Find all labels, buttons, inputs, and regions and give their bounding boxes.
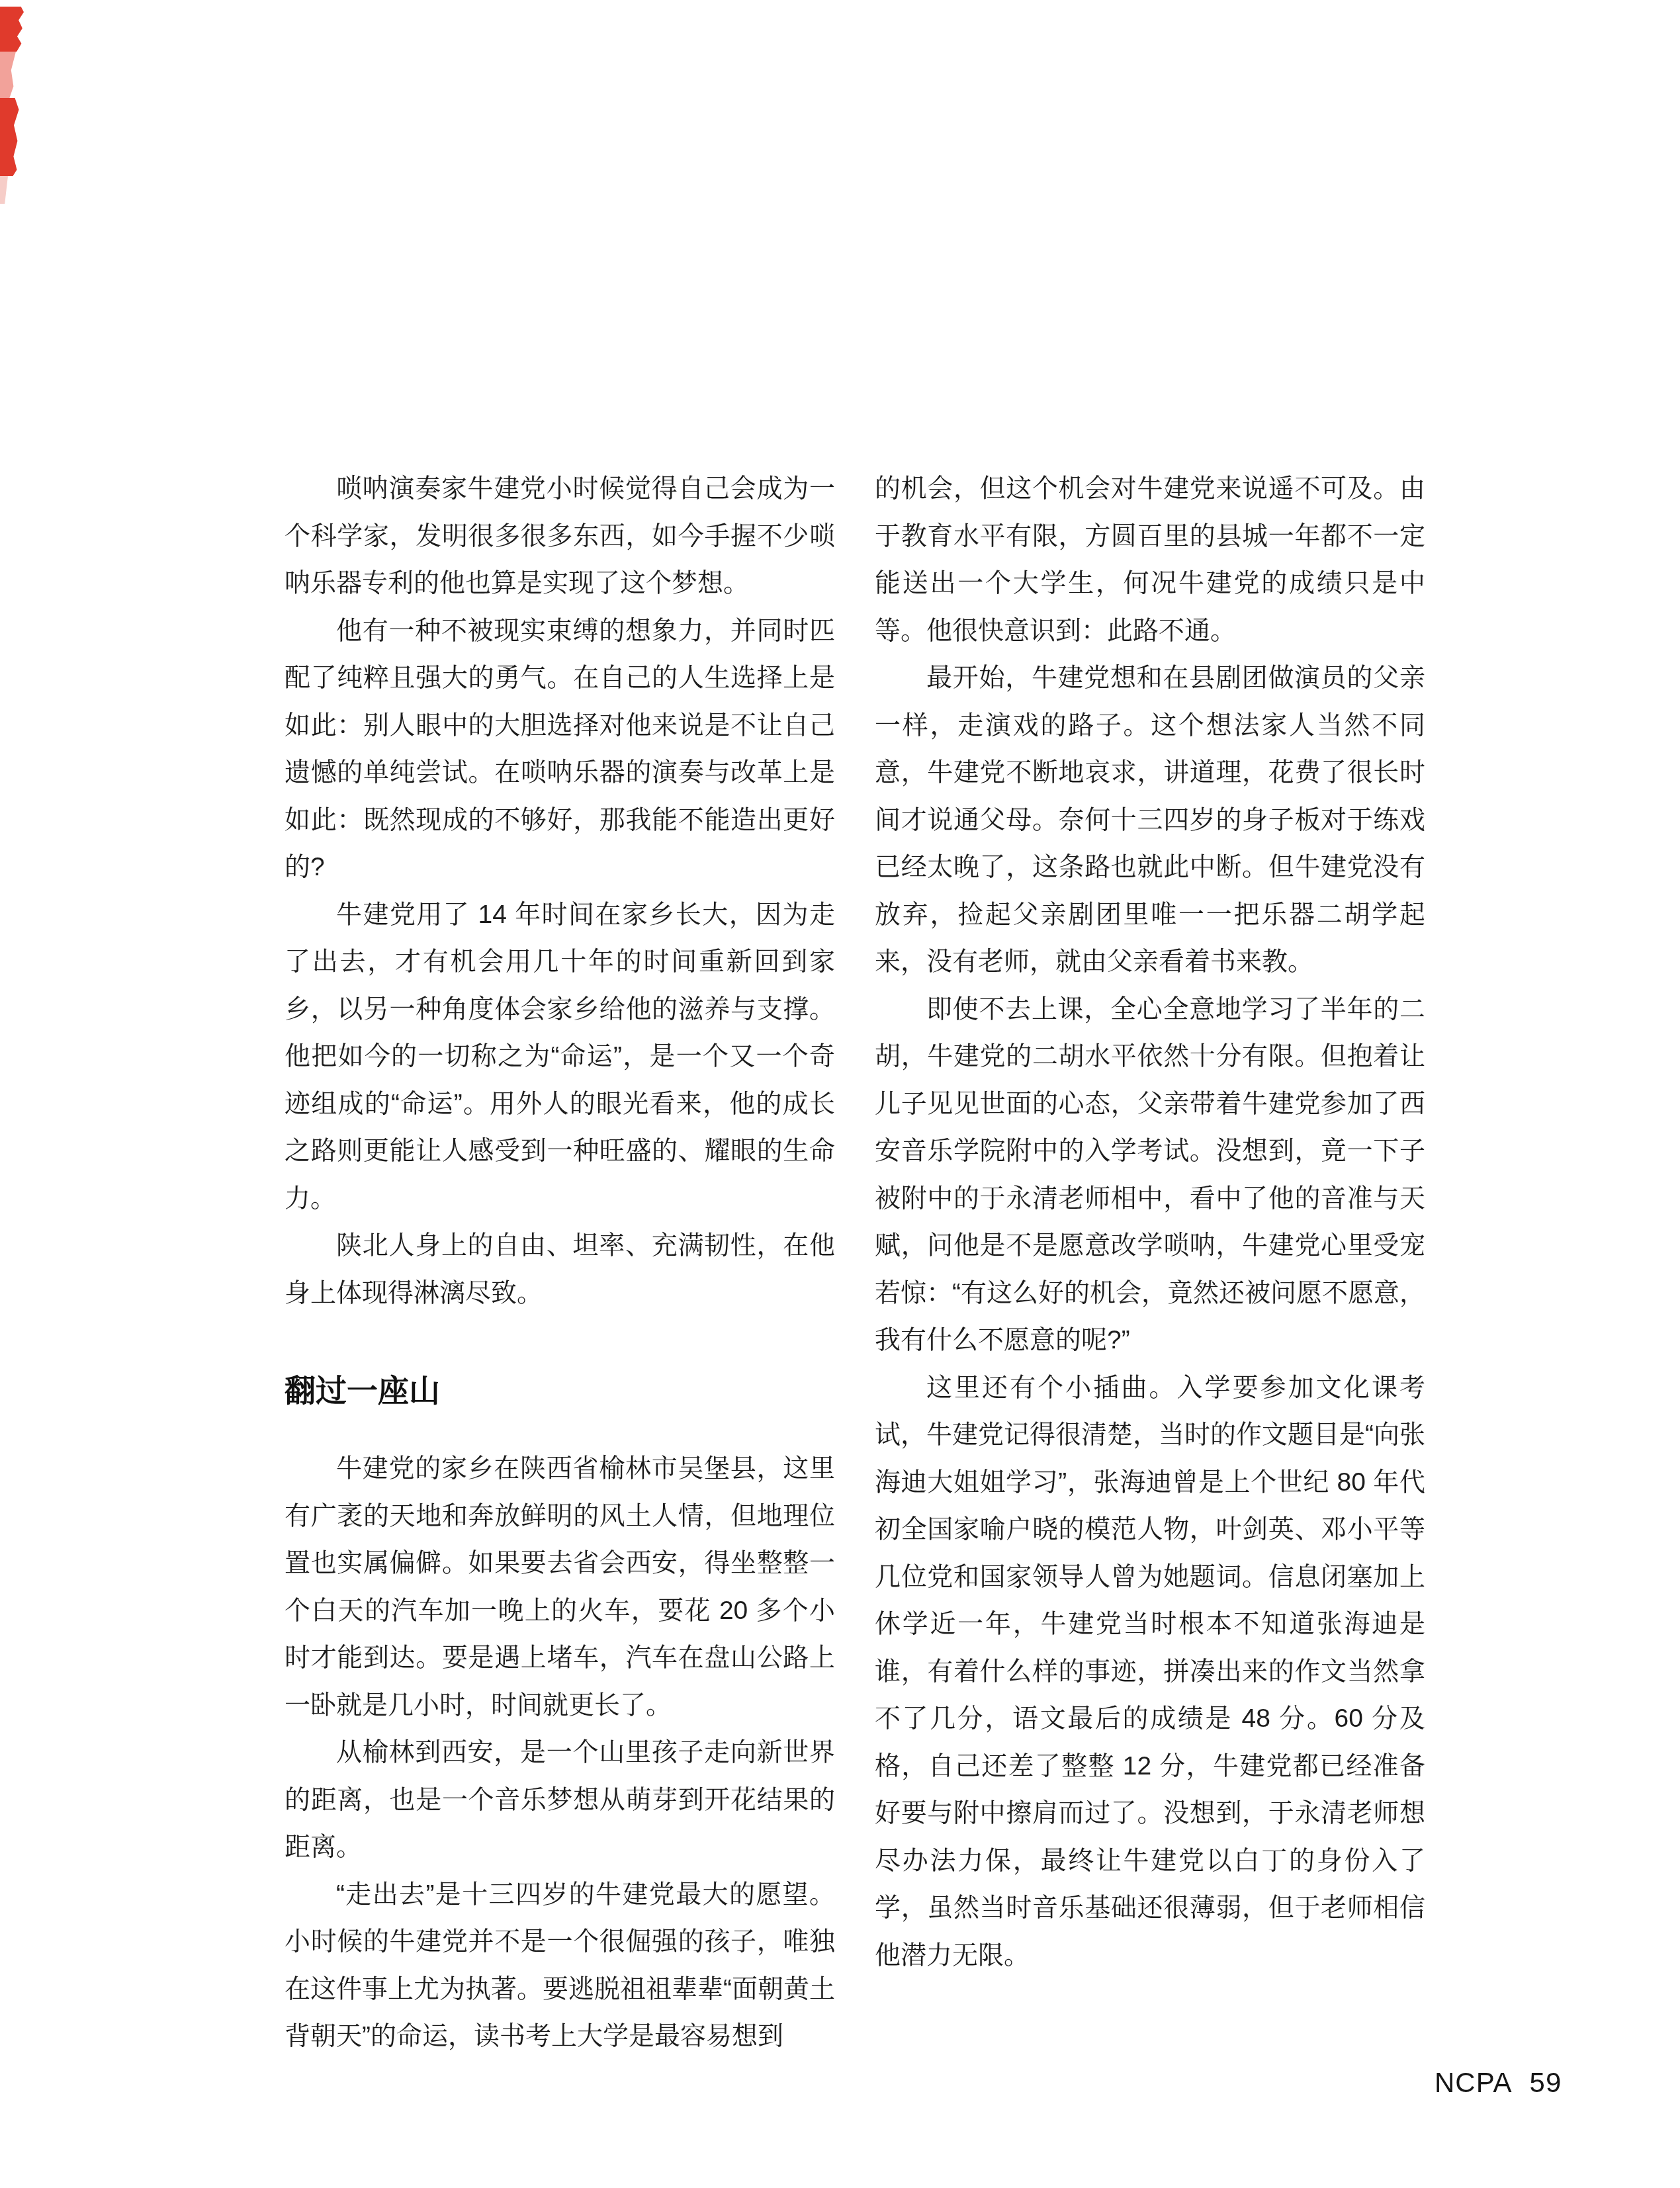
magazine-page: 唢呐演奏家牛建党小时候觉得自己会成为一个科学家，发明很多很多东西，如今手握不少唢… [0, 0, 1680, 2188]
journal-label: NCPA [1435, 2067, 1513, 2098]
page-edge-red-mark [0, 98, 20, 176]
paragraph: 从榆林到西安，是一个山里孩子走向新世界的距离，也是一个音乐梦想从萌芽到开花结果的… [285, 1729, 835, 1871]
paragraph: 陕北人身上的自由、坦率、充满韧性，在他身上体现得淋漓尽致。 [285, 1222, 835, 1317]
page-edge-red-mark [0, 176, 8, 204]
paragraph: 最开始，牛建党想和在县剧团做演员的父亲一样，走演戏的路子。这个想法家人当然不同意… [875, 654, 1425, 986]
section-heading: 翻过一座山 [285, 1374, 835, 1408]
page-edge-red-mark [0, 7, 24, 52]
paragraph: 这里还有个小插曲。入学要参加文化课考试，牛建党记得很清楚，当时的作文题目是“向张… [875, 1364, 1425, 1980]
page-number: 59 [1530, 2067, 1562, 2098]
paragraph: 即使不去上课，全心全意地学习了半年的二胡，牛建党的二胡水平依然十分有限。但抱着让… [875, 986, 1425, 1364]
article-left-column: 唢呐演奏家牛建党小时候觉得自己会成为一个科学家，发明很多很多东西，如今手握不少唢… [285, 465, 835, 2060]
paragraph: 牛建党的家乡在陕西省榆林市吴堡县，这里有广袤的天地和奔放鲜明的风土人情，但地理位… [285, 1445, 835, 1729]
paragraph: 他有一种不被现实束缚的想象力，并同时匹配了纯粹且强大的勇气。在自己的人生选择上是… [285, 607, 835, 891]
page-edge-red-mark [0, 52, 16, 98]
article-right-column: 的机会，但这个机会对牛建党来说遥不可及。由于教育水平有限，方圆百里的县城一年都不… [875, 465, 1425, 1979]
paragraph: 的机会，但这个机会对牛建党来说遥不可及。由于教育水平有限，方圆百里的县城一年都不… [875, 465, 1425, 654]
paragraph: 牛建党用了 14 年时间在家乡长大，因为走了出去，才有机会用几十年的时间重新回到… [285, 891, 835, 1223]
paragraph: “走出去”是十三四岁的牛建党最大的愿望。小时候的牛建党并不是一个很倔强的孩子，唯… [285, 1871, 835, 2060]
paragraph: 唢呐演奏家牛建党小时候觉得自己会成为一个科学家，发明很多很多东西，如今手握不少唢… [285, 465, 835, 607]
page-footer: NCPA59 [1435, 2068, 1562, 2097]
